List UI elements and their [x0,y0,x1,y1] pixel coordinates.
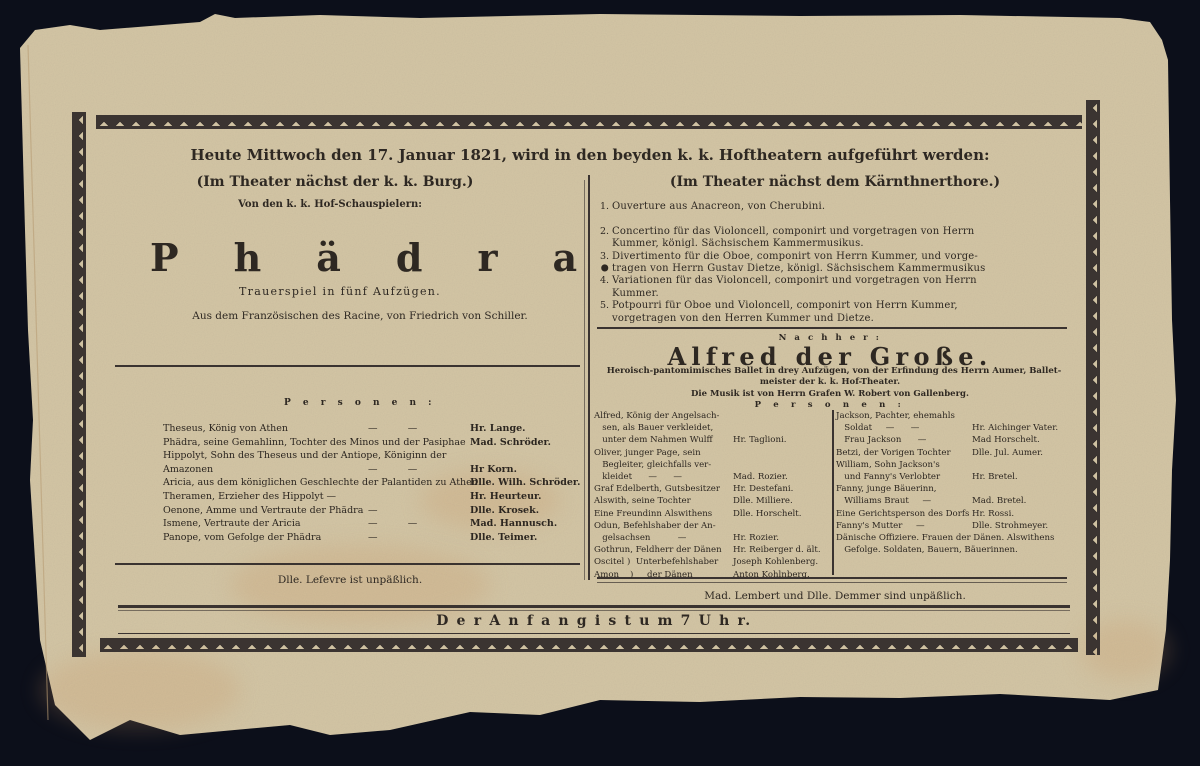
ballet-cast-role: Begleiter, gleichfalls ver- [594,460,711,470]
right-cast-rule-thin [597,582,1067,583]
right-cast-divider [832,410,834,575]
footer-rule-bottom [118,633,1070,634]
ballet-cast-role: Graf Edelberth, Gutsbesitzer [594,484,720,494]
left-cast-heading: P e r s o n e n : [150,398,570,408]
ballet-cast-role: Frau Jackson — [836,435,926,445]
ballet-cast-actor: Hr. Reiberger d. ält. [733,545,821,555]
ballet-cast-actor: Dlle. Milliere. [733,496,793,506]
ballet-cast-actor: Hr. Aichinger Vater. [972,423,1058,433]
ballet-cast-role: Gothrun, Feldherr der Dänen [594,545,722,555]
water-stain [40,650,240,730]
ballet-cast-role: Eine Gerichtsperson des Dorfs [836,509,969,519]
cast-dashes: — — [368,518,417,529]
program-item-line: Divertimento für die Oboe, componirt von… [612,251,1067,262]
cast-actor: Mad. Hannusch. [470,518,557,529]
ballet-cast-role: und Fanny's Verlobter [836,472,940,482]
footer-rule-top-thin [118,610,1070,611]
ballet-cast-role: Eine Freundinn Alswithens [594,509,712,519]
cast-role: Theramen, Erzieher des Hippolyt — [163,491,336,502]
ballet-cast-role: Soldat — — [836,423,919,433]
program-item-line: Variationen für das Violoncell, componir… [612,275,1067,286]
cast-actor: Hr Korn. [470,464,517,475]
ballet-cast-role: Betzi, der Vorigen Tochter [836,448,951,458]
ballet-cast-actor: Hr. Bretel. [972,472,1018,482]
cast-dashes: — — [368,423,417,434]
cast-actor: Dlle. Krosek. [470,505,539,516]
ballet-cast-role: William, Sohn Jackson's [836,460,940,470]
program-item-line: Kummer. [612,288,1067,299]
ballet-cast-role: Alfred, König der Angelsach- [594,411,719,421]
cast-actor: Mad. Schröder. [470,437,551,448]
program-item-line: Kummer, königl. Sächsischem Kammermusiku… [612,238,1067,249]
right-cast-heading: P e r s o n e n : [600,400,1060,410]
cast-actor: Dlle. Teimer. [470,532,537,543]
right-ballet-music: Die Musik ist von Herrn Grafen W. Robert… [600,389,1060,399]
ballet-cast-role: Jackson, Pachter, ehemahls [836,411,955,421]
ballet-cast-actor: Joseph Kohlenberg. [733,557,818,567]
ballet-cast-role: gelsachsen — [594,533,686,543]
cast-role: Amazonen [163,464,213,475]
program-item-line: vorgetragen von den Herren Kummer und Di… [612,313,1067,324]
cast-role: Oenone, Amme und Vertraute der Phädra [163,505,363,516]
left-play-genre: Trauerspiel in fünf Aufzügen. [150,285,530,298]
ballet-cast-role: Williams Braut — [836,496,931,506]
program-item-line: Concertino für das Violoncell, componirt… [612,226,1067,237]
ballet-cast-role: Gefolge. Soldaten, Bauern, Bäuerinnen. [836,545,1018,555]
ballet-cast-actor: Mad. Rozier. [733,472,788,482]
right-notice: Mad. Lembert und Dlle. Demmer sind unpäß… [600,590,1070,602]
ballet-cast-actor: Hr. Rozier. [733,533,779,543]
ballet-cast-actor: Hr. Taglioni. [733,435,787,445]
ballet-cast-role: Alswith, seine Tochter [594,496,691,506]
ballet-cast-role: unter dem Nahmen Wulff [594,435,713,445]
right-program-rule [597,327,1067,329]
cast-dashes: — — [368,464,417,475]
ballet-cast-role: Fanny, junge Bäuerinn, [836,484,937,494]
footer-rule-top [118,605,1070,608]
program-item-line: Potpourri für Oboe und Violoncell, compo… [612,300,1067,311]
program-number: 1. [600,201,609,212]
left-company: Von den k. k. Hof-Schauspielern: [160,199,500,210]
right-ballet-genre-1: Heroisch-pantomimisches Ballet in drey A… [598,366,1070,376]
ornament-border-right [1086,100,1100,655]
program-number: 4. [600,275,609,286]
playbill-heading: Heute Mittwoch den 17. Januar 1821, wird… [100,146,1080,164]
cast-role: Panope, vom Gefolge der Phädra [163,532,321,543]
footer-start-time: D e r A n f a n g i s t u m 7 U h r. [118,613,1070,629]
ballet-cast-role: Oscitel ) Unterbefehlshaber [594,557,718,567]
cast-role: Phädra, seine Gemahlinn, Tochter des Min… [163,437,466,448]
right-ballet-genre-2: meister der k. k. Hof-Theater. [600,377,1060,387]
ballet-cast-role: Oliver, junger Page, sein [594,448,701,458]
ballet-cast-actor: Mad. Bretel. [972,496,1026,506]
left-notice: Dlle. Lefevre ist unpäßlich. [120,574,580,586]
ballet-cast-role: sen, als Bauer verkleidet, [594,423,713,433]
cast-role: Theseus, König von Athen [163,423,288,434]
program-item-line: tragen von Herrn Gustav Dietze, königl. … [612,263,1067,274]
left-play-title: P h ä d r a. [150,235,530,280]
ballet-cast-role: Dänische Offiziere. Frauen der Dänen. Al… [836,533,1054,543]
ballet-cast-actor: Dlle. Horschelt. [733,509,802,519]
left-play-credit: Aus dem Französischen des Racine, von Fr… [150,310,570,322]
ornament-border-left [72,112,86,657]
cast-role: Ismene, Vertraute der Aricia [163,518,301,529]
ballet-cast-actor: Hr. Destefani. [733,484,793,494]
ballet-cast-actor: Anton Kohlnberg. [733,570,810,580]
cast-role: Aricia, aus dem königlichen Geschlechte … [163,477,478,488]
program-item-line: Ouverture aus Anacreon, von Cherubini. [612,201,1067,212]
cast-actor: Dlle. Wilh. Schröder. [470,477,580,488]
ballet-cast-actor: Dlle. Strohmeyer. [972,521,1048,531]
cast-dashes: — [368,532,378,543]
left-venue: (Im Theater nächst der k. k. Burg.) [160,174,510,190]
ballet-cast-role: kleidet — — [594,472,682,482]
ballet-cast-role: Fanny's Mutter — [836,521,925,531]
left-section-rule [115,365,580,367]
ballet-cast-actor: Mad Horschelt. [972,435,1040,445]
ornament-border-bottom [100,638,1078,652]
program-number: 3. [600,251,609,262]
ballet-cast-role: Amon ) der Dänen [594,570,693,580]
ballet-cast-actor: Hr. Rossi. [972,509,1014,519]
cast-dashes: — [368,505,378,516]
right-venue: (Im Theater nächst dem Kärnthnerthore.) [600,174,1070,190]
ornament-border-top [96,115,1082,129]
ballet-cast-role: Odun, Befehlshaber der An- [594,521,716,531]
ballet-cast-actor: Dlle. Jul. Aumer. [972,448,1043,458]
playbill-sheet: Heute Mittwoch den 17. Januar 1821, wird… [0,0,1200,766]
program-number: 2. [600,226,609,237]
left-cast-rule [115,563,580,565]
cast-actor: Hr. Lange. [470,423,525,434]
cast-role: Hippolyt, Sohn des Theseus und der Antio… [163,450,446,461]
cast-actor: Hr. Heurteur. [470,491,541,502]
program-number: 5. [600,300,609,311]
